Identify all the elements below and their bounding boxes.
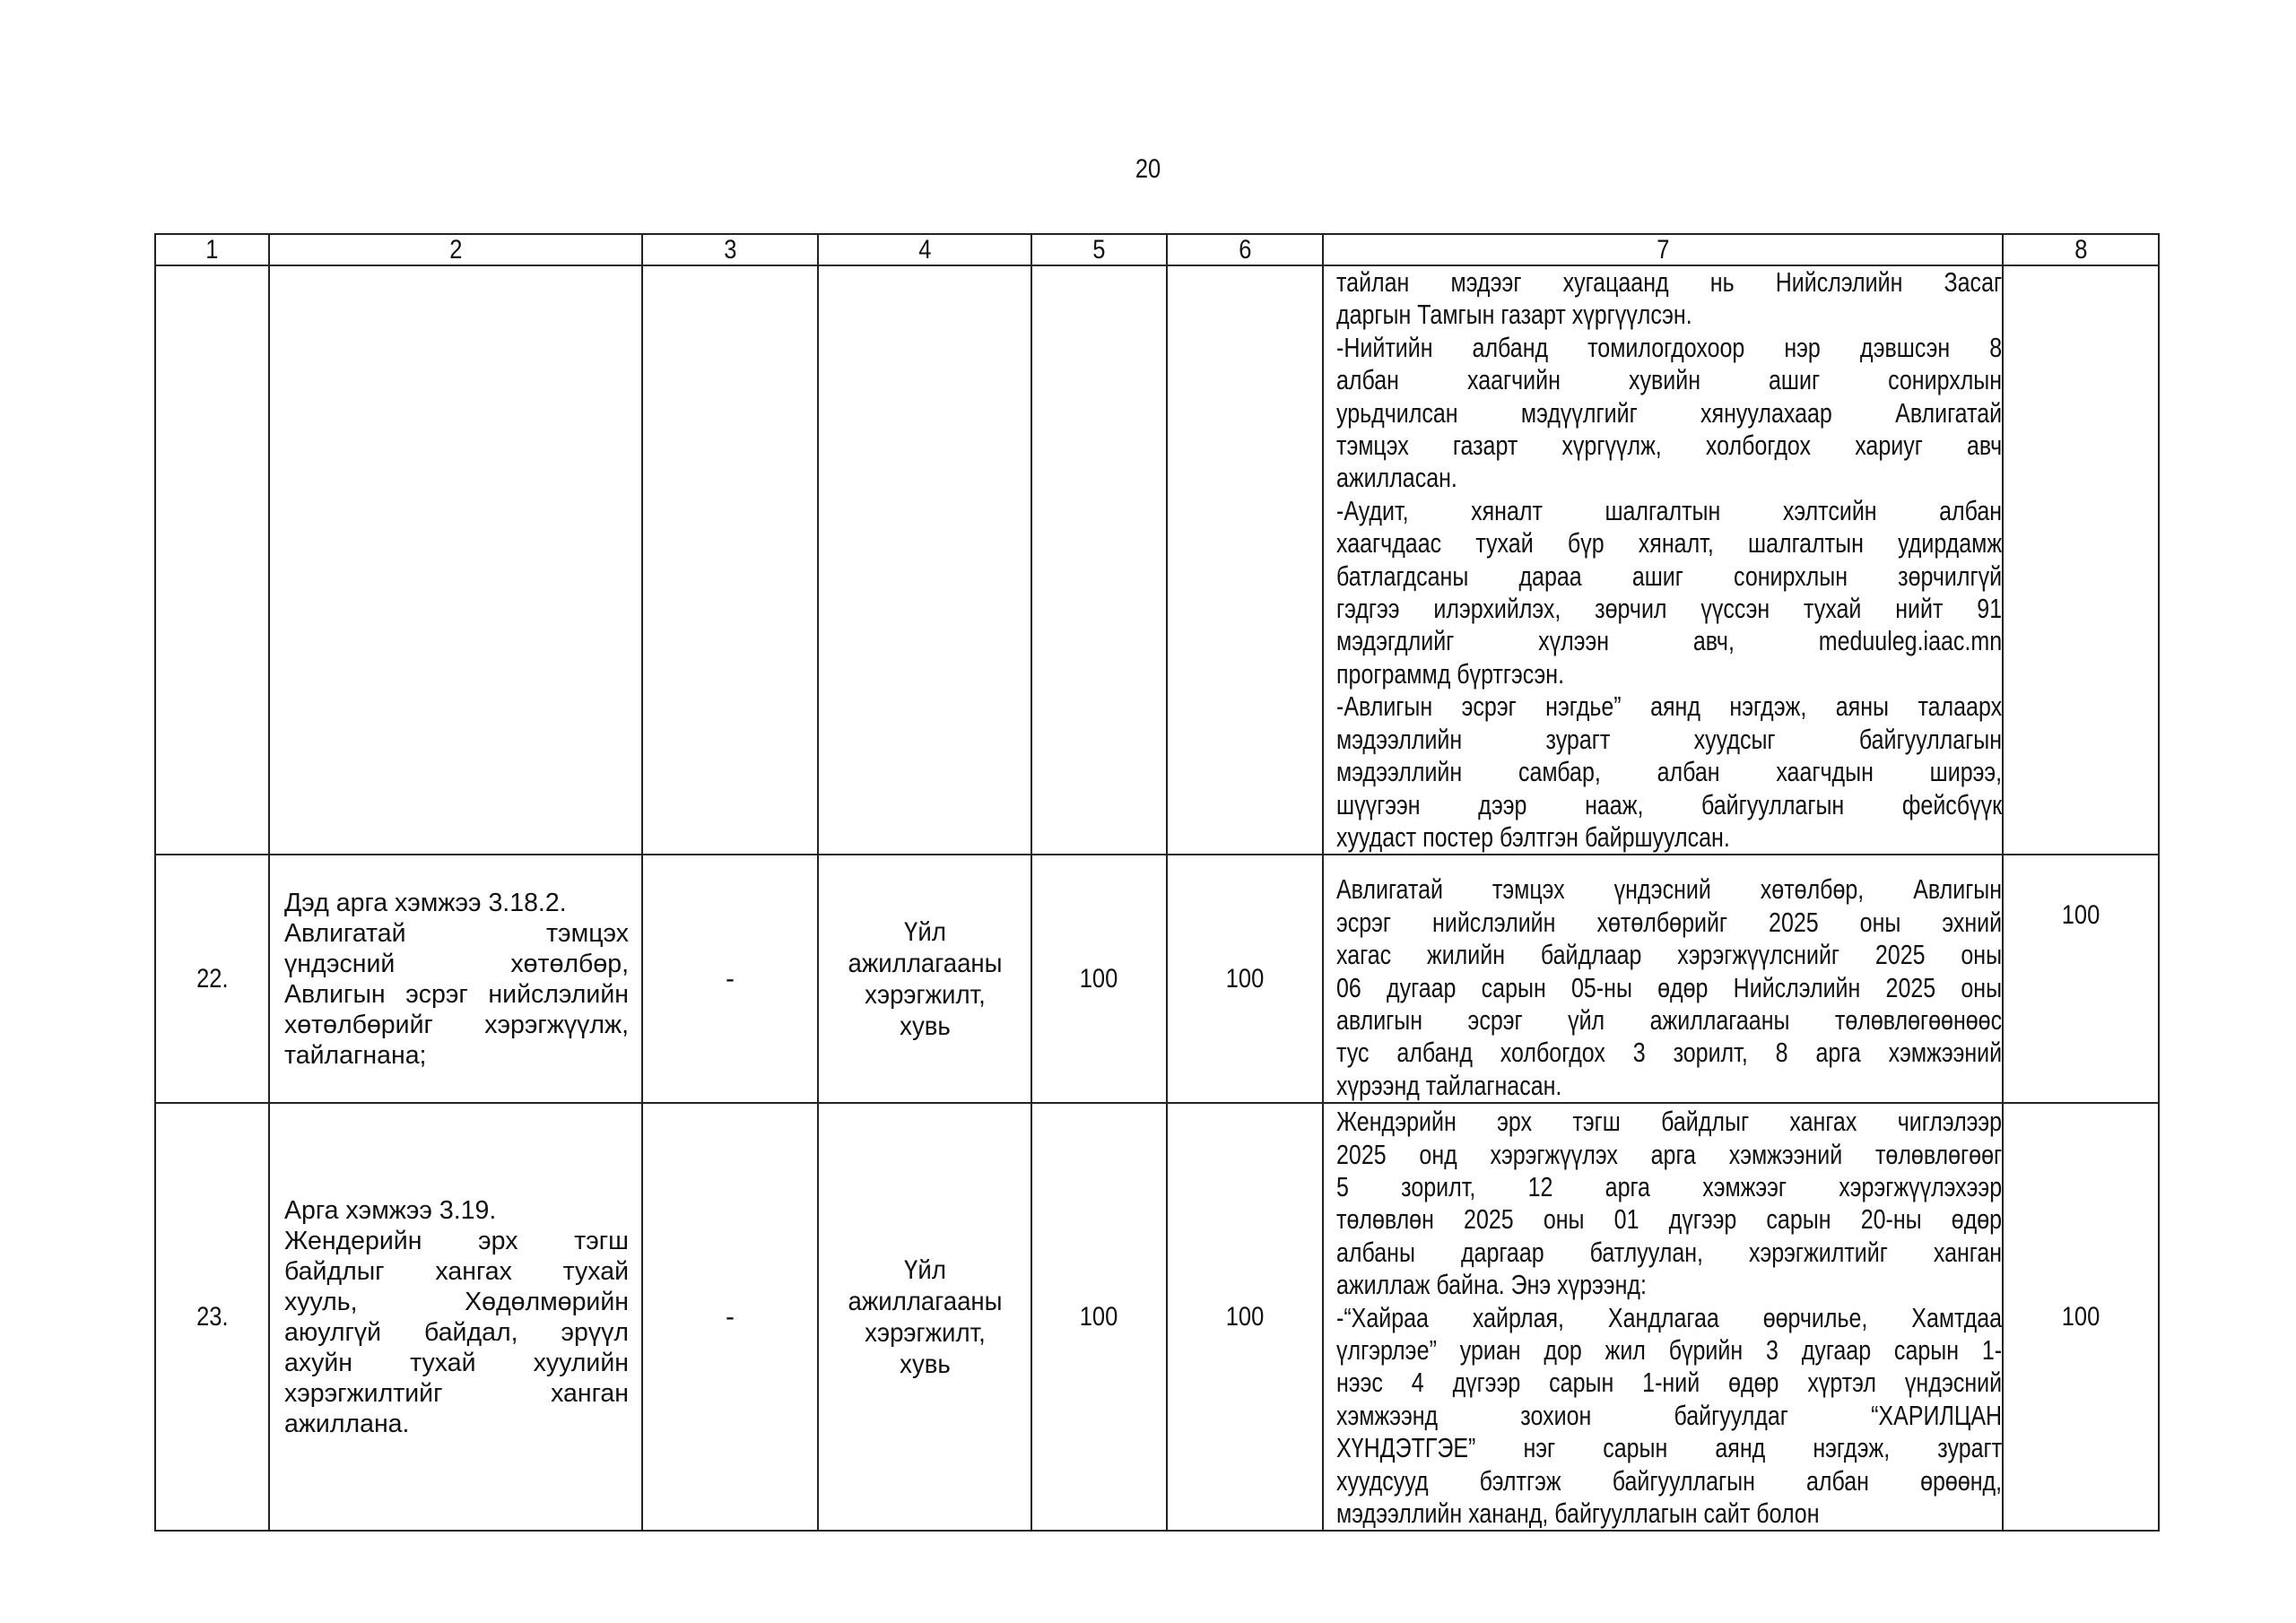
report-cell: тайлан мэдээг хугацаанд нь Нийслэлийн За… xyxy=(1323,265,2003,855)
baseline-cell xyxy=(642,265,818,855)
header-cell: 6 xyxy=(1167,234,1323,265)
measure-text: Дэд арга хэмжээ 3.18.2.Авлигатай тэмцэхү… xyxy=(270,888,641,1071)
indicator-cell: Үйлажиллагааныхэрэгжилт,хувь xyxy=(818,1103,1031,1531)
score-cell: 100 xyxy=(2003,1103,2159,1531)
row-number-cell: 23. xyxy=(155,1103,269,1531)
table-row: 23. Арга хэмжээ 3.19.Жендерийн эрх тэгшб… xyxy=(155,1103,2159,1531)
measure-cell xyxy=(269,265,642,855)
table-row: 22. Дэд арга хэмжээ 3.18.2.Авлигатай тэм… xyxy=(155,855,2159,1103)
plan-cell xyxy=(1167,265,1323,855)
target-cell: 100 xyxy=(1031,855,1167,1103)
indicator-cell xyxy=(818,265,1031,855)
measure-cell: Дэд арга хэмжээ 3.18.2.Авлигатай тэмцэхү… xyxy=(269,855,642,1103)
header-cell: 2 xyxy=(269,234,642,265)
report-text: Авлигатай тэмцэх үндэсний хөтөлбөр, Авли… xyxy=(1336,873,2002,1102)
row-number-cell xyxy=(155,265,269,855)
indicator-cell: Үйлажиллагааныхэрэгжилт,хувь xyxy=(818,855,1031,1103)
header-cell: 7 xyxy=(1323,234,2003,265)
report-text: тайлан мэдээг хугацаанд нь Нийслэлийн За… xyxy=(1336,266,2002,854)
baseline-cell: - xyxy=(642,855,818,1103)
indicator-text: Үйлажиллагааныхэрэгжилт,хувь xyxy=(848,1254,1002,1380)
table-row: тайлан мэдээг хугацаанд нь Нийслэлийн За… xyxy=(155,265,2159,855)
indicator-text: Үйлажиллагааныхэрэгжилт,хувь xyxy=(848,916,1002,1042)
plan-cell: 100 xyxy=(1167,855,1323,1103)
report-text: Жендэрийн эрх тэгш байдлыг хангах чиглэл… xyxy=(1336,1106,2002,1530)
page-number: 20 xyxy=(172,154,2124,185)
score-cell: 100 xyxy=(2003,855,2159,1103)
header-cell: 5 xyxy=(1031,234,1167,265)
baseline-cell: - xyxy=(642,1103,818,1531)
header-cell: 3 xyxy=(642,234,818,265)
report-table: 1 2 3 4 5 6 7 8 тайлан мэдээг хугацаанд … xyxy=(154,233,2160,1532)
score-cell xyxy=(2003,265,2159,855)
measure-cell: Арга хэмжээ 3.19.Жендерийн эрх тэгшбайдл… xyxy=(269,1103,642,1531)
header-cell: 8 xyxy=(2003,234,2159,265)
report-cell: Жендэрийн эрх тэгш байдлыг хангах чиглэл… xyxy=(1323,1103,2003,1531)
measure-text: Арга хэмжээ 3.19.Жендерийн эрх тэгшбайдл… xyxy=(270,1195,641,1439)
header-cell: 1 xyxy=(155,234,269,265)
row-number-cell: 22. xyxy=(155,855,269,1103)
target-cell: 100 xyxy=(1031,1103,1167,1531)
report-cell: Авлигатай тэмцэх үндэсний хөтөлбөр, Авли… xyxy=(1323,855,2003,1103)
header-cell: 4 xyxy=(818,234,1031,265)
plan-cell: 100 xyxy=(1167,1103,1323,1531)
header-row: 1 2 3 4 5 6 7 8 xyxy=(155,234,2159,265)
target-cell xyxy=(1031,265,1167,855)
